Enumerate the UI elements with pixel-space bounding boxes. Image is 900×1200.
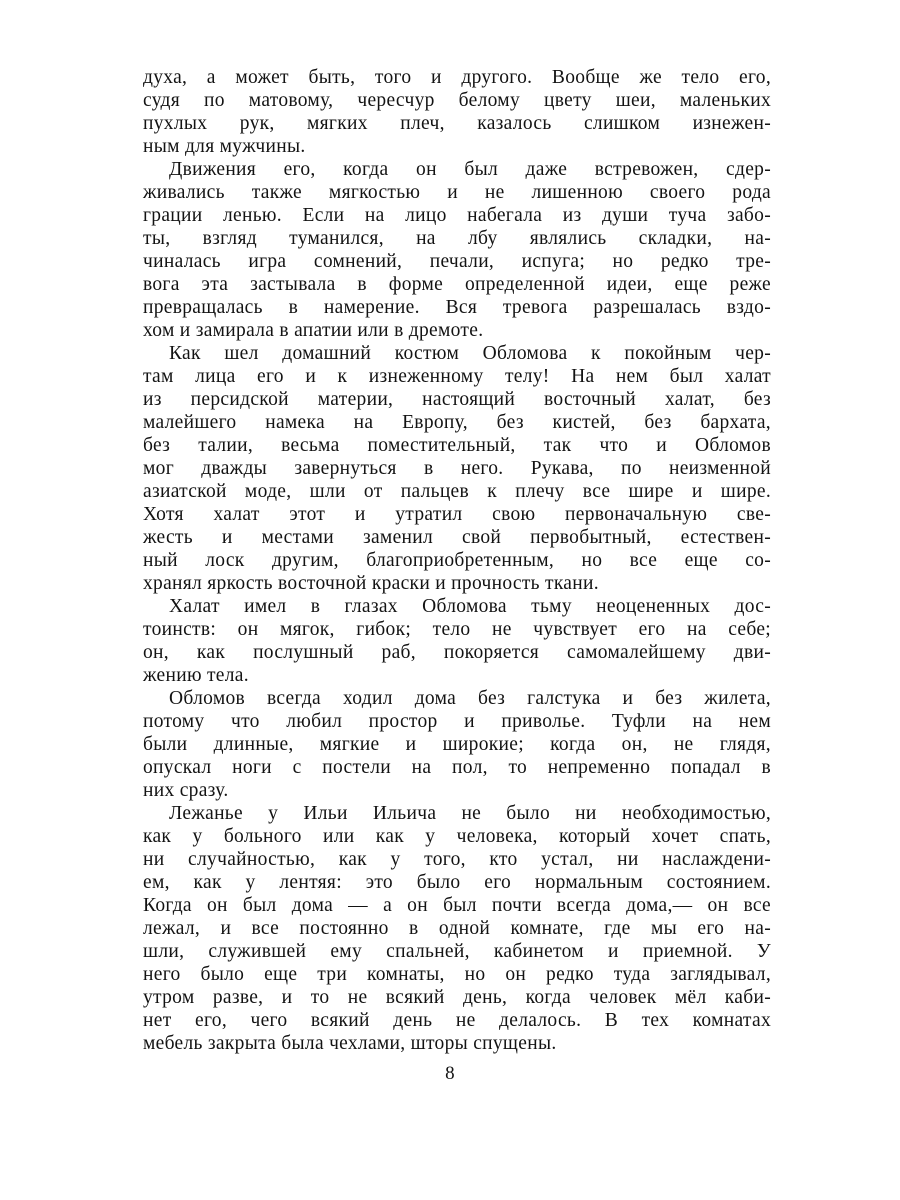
text-line: Когда он был дома — а он был почти всегд… — [143, 894, 771, 917]
text-line: там лица его и к изнеженному телу! На не… — [143, 365, 771, 388]
text-line: него было еще три комнаты, но он редко т… — [143, 963, 771, 986]
text-line: хом и замирала в апатии или в дремоте. — [143, 319, 771, 342]
text-line: были длинные, мягкие и широкие; когда он… — [143, 733, 771, 756]
text-line: Движения его, когда он был даже встревож… — [143, 158, 771, 181]
text-line: Обломов всегда ходил дома без галстука и… — [143, 687, 771, 710]
paragraph: Лежанье у Ильи Ильича не было ни необход… — [143, 802, 771, 1055]
page-number: 8 — [0, 1063, 900, 1085]
text-line: судя по матовому, чересчур белому цвету … — [143, 89, 771, 112]
text-line: грации ленью. Если на лицо набегала из д… — [143, 204, 771, 227]
text-line: них сразу. — [143, 779, 771, 802]
book-page: духа, а может быть, того и другого. Вооб… — [0, 0, 900, 1200]
text-line: ни случайностью, как у того, кто устал, … — [143, 848, 771, 871]
text-line: лежал, и все постоянно в одной комнате, … — [143, 917, 771, 940]
paragraph: духа, а может быть, того и другого. Вооб… — [143, 66, 771, 158]
text-line: тоинств: он мягок, гибок; тело не чувств… — [143, 618, 771, 641]
text-line: хранял яркость восточной краски и прочно… — [143, 572, 771, 595]
text-line: малейшего намека на Европу, без кистей, … — [143, 411, 771, 434]
paragraph: Движения его, когда он был даже встревож… — [143, 158, 771, 342]
text-line: ты, взгляд туманился, на лбу являлись ск… — [143, 227, 771, 250]
text-line: Хотя халат этот и утратил свою первонача… — [143, 503, 771, 526]
text-line: Халат имел в глазах Обломова тьму неоцен… — [143, 595, 771, 618]
text-line: пухлых рук, мягких плеч, казалось слишко… — [143, 112, 771, 135]
text-line: ем, как у лентяя: это было его нормальны… — [143, 871, 771, 894]
text-line: жению тела. — [143, 664, 771, 687]
text-line: потому что любил простор и приволье. Туф… — [143, 710, 771, 733]
text-line: чиналась игра сомнений, печали, испуга; … — [143, 250, 771, 273]
page-text: духа, а может быть, того и другого. Вооб… — [143, 66, 771, 1055]
text-line: вога эта застывала в форме определенной … — [143, 273, 771, 296]
text-line: он, как послушный раб, покоряется самома… — [143, 641, 771, 664]
text-line: нет его, чего всякий день не делалось. В… — [143, 1009, 771, 1032]
text-line: без талии, весьма поместительный, так чт… — [143, 434, 771, 457]
text-line: ный лоск другим, благоприобретенным, но … — [143, 549, 771, 572]
text-line: Как шел домашний костюм Обломова к покой… — [143, 342, 771, 365]
paragraph: Как шел домашний костюм Обломова к покой… — [143, 342, 771, 595]
text-line: мебель закрыта была чехлами, шторы спуще… — [143, 1032, 771, 1055]
text-line: духа, а может быть, того и другого. Вооб… — [143, 66, 771, 89]
text-line: жесть и местами заменил свой первобытный… — [143, 526, 771, 549]
text-line: утром разве, и то не всякий день, когда … — [143, 986, 771, 1009]
paragraph: Халат имел в глазах Обломова тьму неоцен… — [143, 595, 771, 687]
text-line: живались также мягкостью и не лишенною с… — [143, 181, 771, 204]
text-line: мог дважды завернуться в него. Рукава, п… — [143, 457, 771, 480]
paragraph: Обломов всегда ходил дома без галстука и… — [143, 687, 771, 802]
text-line: опускал ноги с постели на пол, то непрем… — [143, 756, 771, 779]
text-line: шли, служившей ему спальней, кабинетом и… — [143, 940, 771, 963]
text-line: Лежанье у Ильи Ильича не было ни необход… — [143, 802, 771, 825]
text-line: как у больного или как у человека, котор… — [143, 825, 771, 848]
text-line: из персидской материи, настоящий восточн… — [143, 388, 771, 411]
text-line: ным для мужчины. — [143, 135, 771, 158]
text-line: азиатской моде, шли от пальцев к плечу в… — [143, 480, 771, 503]
text-line: превращалась в намерение. Вся тревога ра… — [143, 296, 771, 319]
